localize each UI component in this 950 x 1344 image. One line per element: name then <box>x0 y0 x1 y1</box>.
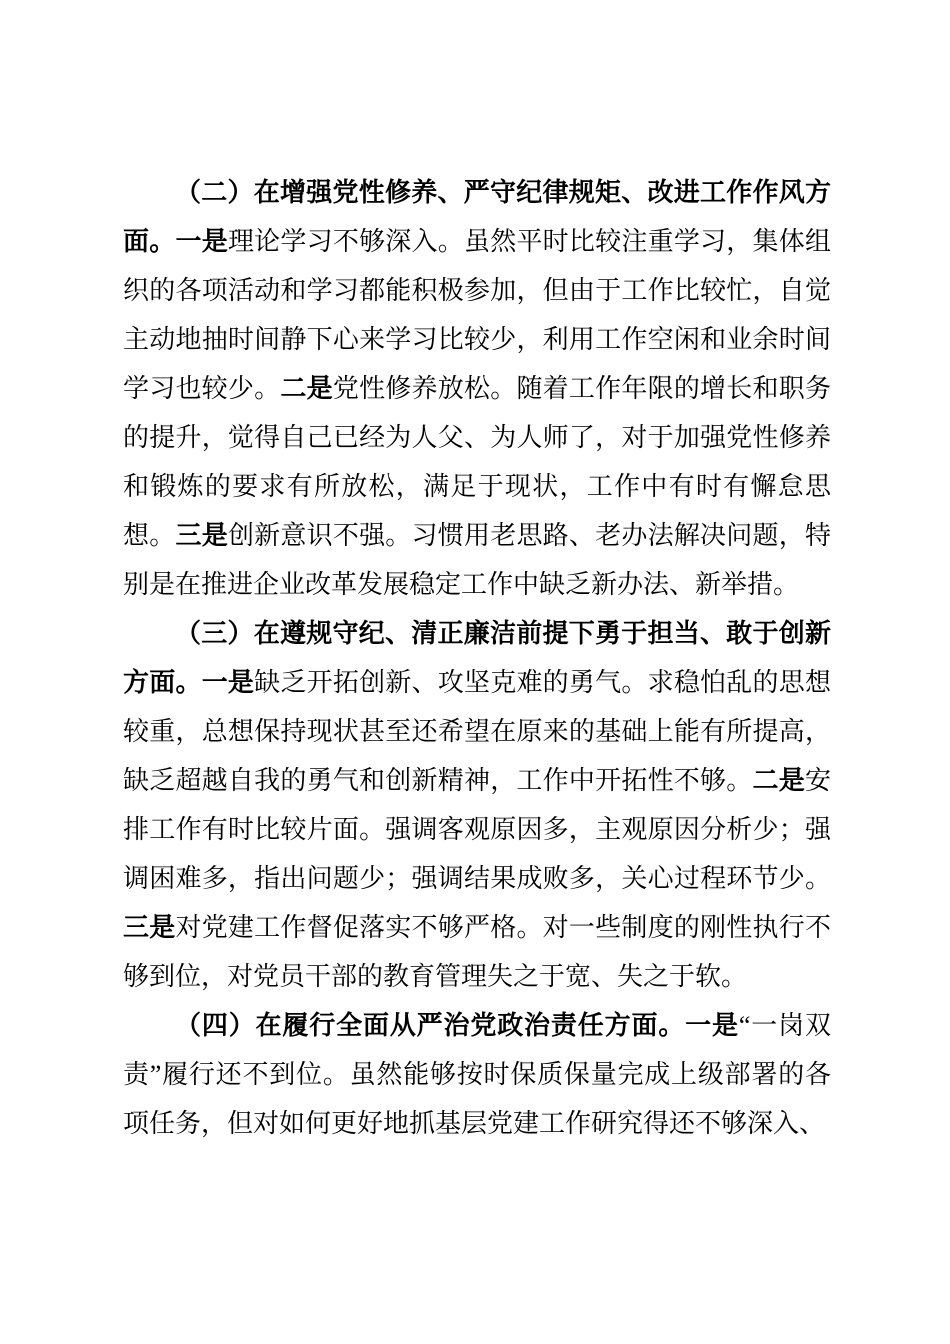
paragraph-section-3: （三）在遵规守纪、清正廉洁前提下勇于担当、敢于创新方面。一是缺乏开拓创新、攻坚克… <box>123 609 831 1001</box>
section-4-ordinal-1: 一是 <box>685 1011 739 1040</box>
section-3-ordinal-3: 三是 <box>123 913 175 942</box>
document-page: （二）在增强党性修养、严守纪律规矩、改进工作作风方面。一是理论学习不够深入。虽然… <box>0 0 950 1344</box>
section-3-body-3: 对党建工作督促落实不够严格。对一些制度的刚性执行不够到位，对党员干部的教育管理失… <box>123 913 831 991</box>
section-3-ordinal-2: 二是 <box>753 766 805 795</box>
section-2-ordinal-3: 三是 <box>175 521 227 550</box>
paragraph-section-2: （二）在增强党性修养、严守纪律规矩、改进工作作风方面。一是理论学习不够深入。虽然… <box>123 168 831 609</box>
section-4-heading: （四）在履行全面从严治党政治责任方面。 <box>175 1011 685 1040</box>
document-text: （二）在增强党性修养、严守纪律规矩、改进工作作风方面。一是理论学习不够深入。虽然… <box>123 168 831 1148</box>
section-3-ordinal-1: 一是 <box>202 668 254 697</box>
section-2-ordinal-2: 二是 <box>280 374 332 403</box>
paragraph-section-4: （四）在履行全面从严治党政治责任方面。一是“一岗双责”履行还不到位。虽然能够按时… <box>123 1001 831 1148</box>
section-2-ordinal-1: 一是 <box>175 227 227 256</box>
section-2-body-3: 创新意识不强。习惯用老思路、老办法解决问题，特别是在推进企业改革发展稳定工作中缺… <box>123 521 831 599</box>
